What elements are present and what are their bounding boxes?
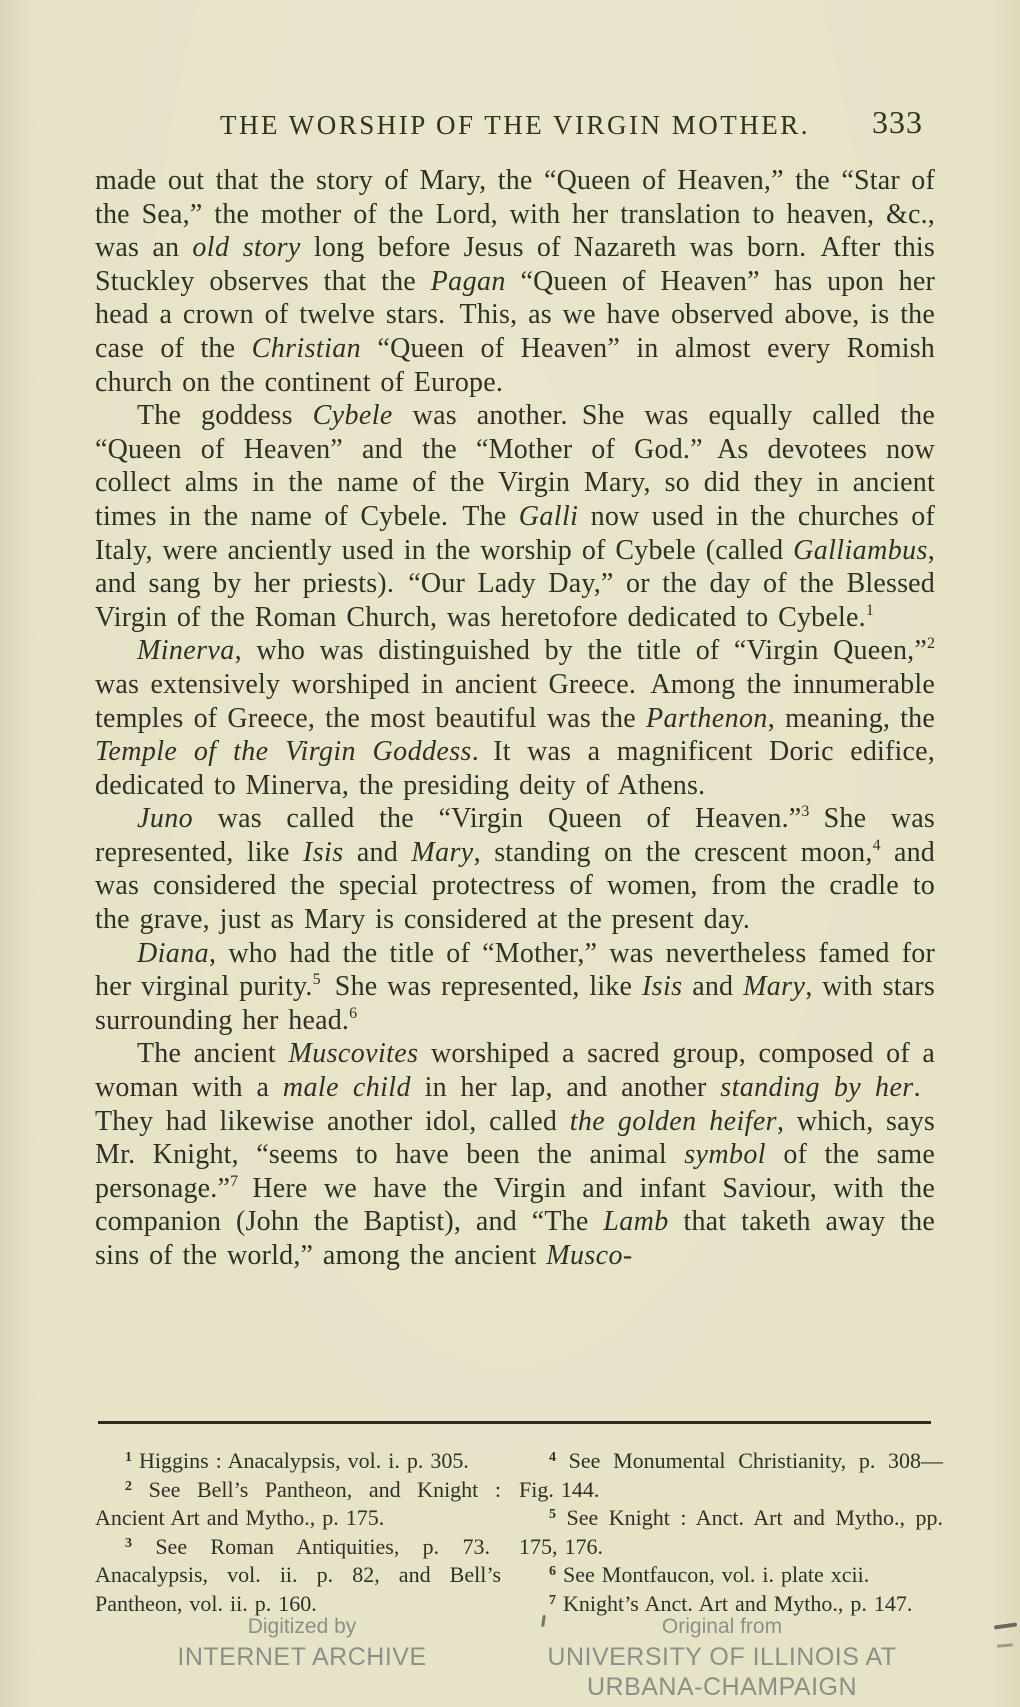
original-from-label: Original from [522, 1612, 922, 1642]
running-title: THE WORSHIP OF THE VIRGIN MOTHER. [95, 110, 935, 141]
paragraph: The goddess Cybele was another. She was … [95, 399, 935, 634]
university-label-line1: UNIVERSITY OF ILLINOIS AT [522, 1642, 922, 1672]
paragraph: Diana, who had the title of “Mother,” wa… [95, 937, 935, 1038]
paragraph: made out that the story of Mary, the “Qu… [95, 164, 935, 399]
footnote: 6 See Montfaucon, vol. i. plate xcii. [519, 1561, 943, 1590]
footnote: 2 See Bell’s Pantheon, and Knight : Anci… [95, 1476, 501, 1533]
footnotes-section: 1 Higgins : Anacalypsis, vol. i. p. 305.… [95, 1447, 943, 1619]
paragraph: Juno was called the “Virgin Queen of Hea… [95, 802, 935, 936]
footnote: 4 See Monumental Christianity, p. 308—Fi… [519, 1447, 943, 1504]
internet-archive-label: INTERNET ARCHIVE [152, 1642, 452, 1672]
original-from-block: Original from UNIVERSITY OF ILLINOIS AT … [522, 1612, 922, 1702]
body-text: made out that the story of Mary, the “Qu… [95, 164, 935, 1273]
footnote: 5 See Knight : Anct. Art and Mytho., pp.… [519, 1504, 943, 1561]
footnote: 1 Higgins : Anacalypsis, vol. i. p. 305. [95, 1447, 501, 1476]
paragraph: The ancient Muscovites worshiped a sacre… [95, 1037, 935, 1272]
digitized-by-block: Digitized by INTERNET ARCHIVE [152, 1612, 452, 1672]
footnote-rule [98, 1421, 931, 1424]
running-head: THE WORSHIP OF THE VIRGIN MOTHER. 333 [95, 104, 935, 148]
scan-artifact-mark [994, 1622, 1017, 1629]
scan-artifact-mark [997, 1643, 1013, 1647]
digitized-by-label: Digitized by [152, 1612, 452, 1642]
book-page: THE WORSHIP OF THE VIRGIN MOTHER. 333 ma… [0, 0, 1020, 1707]
page-number: 333 [872, 104, 923, 141]
footnote: 3 See Roman Antiquities, p. 73. Anacalyp… [95, 1533, 501, 1619]
paragraph: Minerva, who was distinguished by the ti… [95, 634, 935, 802]
university-label-line2: URBANA-CHAMPAIGN [522, 1672, 922, 1702]
footnotes-right-column: 4 See Monumental Christianity, p. 308—Fi… [519, 1447, 943, 1619]
footnotes-left-column: 1 Higgins : Anacalypsis, vol. i. p. 305.… [95, 1447, 501, 1619]
